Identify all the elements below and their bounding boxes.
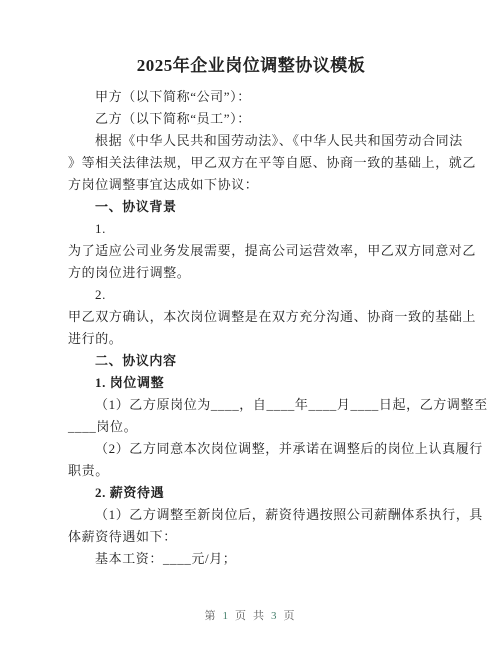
footer-label-page: 页 <box>235 610 247 622</box>
document-page: 2025年企业岗位调整协议模板 甲方（以下简称“公司”）： 乙方（以下简称“员工… <box>0 0 500 647</box>
paragraph-line: 为了适应公司业务发展需要，提高公司运营效率，甲乙双方同意对乙 <box>68 240 434 262</box>
section-heading-1: 一、协议背景 <box>68 196 434 218</box>
paragraph-line-blank-fields: 基本工资：____元/月； <box>68 548 434 570</box>
paragraph-line-party-a: 甲方（以下简称“公司”）： <box>68 86 434 108</box>
paragraph-line: 进行的。 <box>68 328 434 350</box>
paragraph-line: 方的岗位进行调整。 <box>68 262 434 284</box>
current-page-number: 1 <box>223 610 230 622</box>
list-number: 2. <box>68 284 434 306</box>
subsection-heading-salary: 2. 薪资待遇 <box>68 482 434 504</box>
list-number: 1. <box>68 218 434 240</box>
footer-label-pages: 页 <box>284 610 296 622</box>
total-page-count: 3 <box>271 610 278 622</box>
paragraph-line: 根据《中华人民共和国劳动法》、《中华人民共和国劳动合同法 <box>68 130 434 152</box>
document-body: 甲方（以下简称“公司”）： 乙方（以下简称“员工”）： 根据《中华人民共和国劳动… <box>68 86 434 570</box>
paragraph-line: 甲乙双方确认，本次岗位调整是在双方充分沟通、协商一致的基础上 <box>68 306 434 328</box>
subsection-heading-position-adjustment: 1. 岗位调整 <box>68 372 434 394</box>
paragraph-line-blank-fields: ____岗位。 <box>68 416 434 438</box>
paragraph-line: 职责。 <box>68 460 434 482</box>
document-title: 2025年企业岗位调整协议模板 <box>68 54 434 78</box>
paragraph-line: 》等相关法律法规，甲乙双方在平等自愿、协商一致的基础上，就乙 <box>68 152 434 174</box>
section-heading-2: 二、协议内容 <box>68 350 434 372</box>
paragraph-line: （1）乙方调整至新岗位后，薪资待遇按照公司薪酬体系执行，具 <box>68 504 434 526</box>
paragraph-line-blank-fields: （1）乙方原岗位为____，自____年____月____日起，乙方调整至 <box>68 394 434 416</box>
paragraph-line: 体薪资待遇如下： <box>68 526 434 548</box>
paragraph-line: （2）乙方同意本次岗位调整，并承诺在调整后的岗位上认真履行 <box>68 438 434 460</box>
footer-label-of: 共 <box>253 610 265 622</box>
footer-label-prefix: 第 <box>205 610 217 622</box>
paragraph-line: 方岗位调整事宜达成如下协议： <box>68 174 434 196</box>
page-number-footer: 第1页共3页 <box>0 607 500 623</box>
paragraph-line-party-b: 乙方（以下简称“员工”）： <box>68 108 434 130</box>
document-content: 2025年企业岗位调整协议模板 甲方（以下简称“公司”）： 乙方（以下简称“员工… <box>0 0 500 570</box>
